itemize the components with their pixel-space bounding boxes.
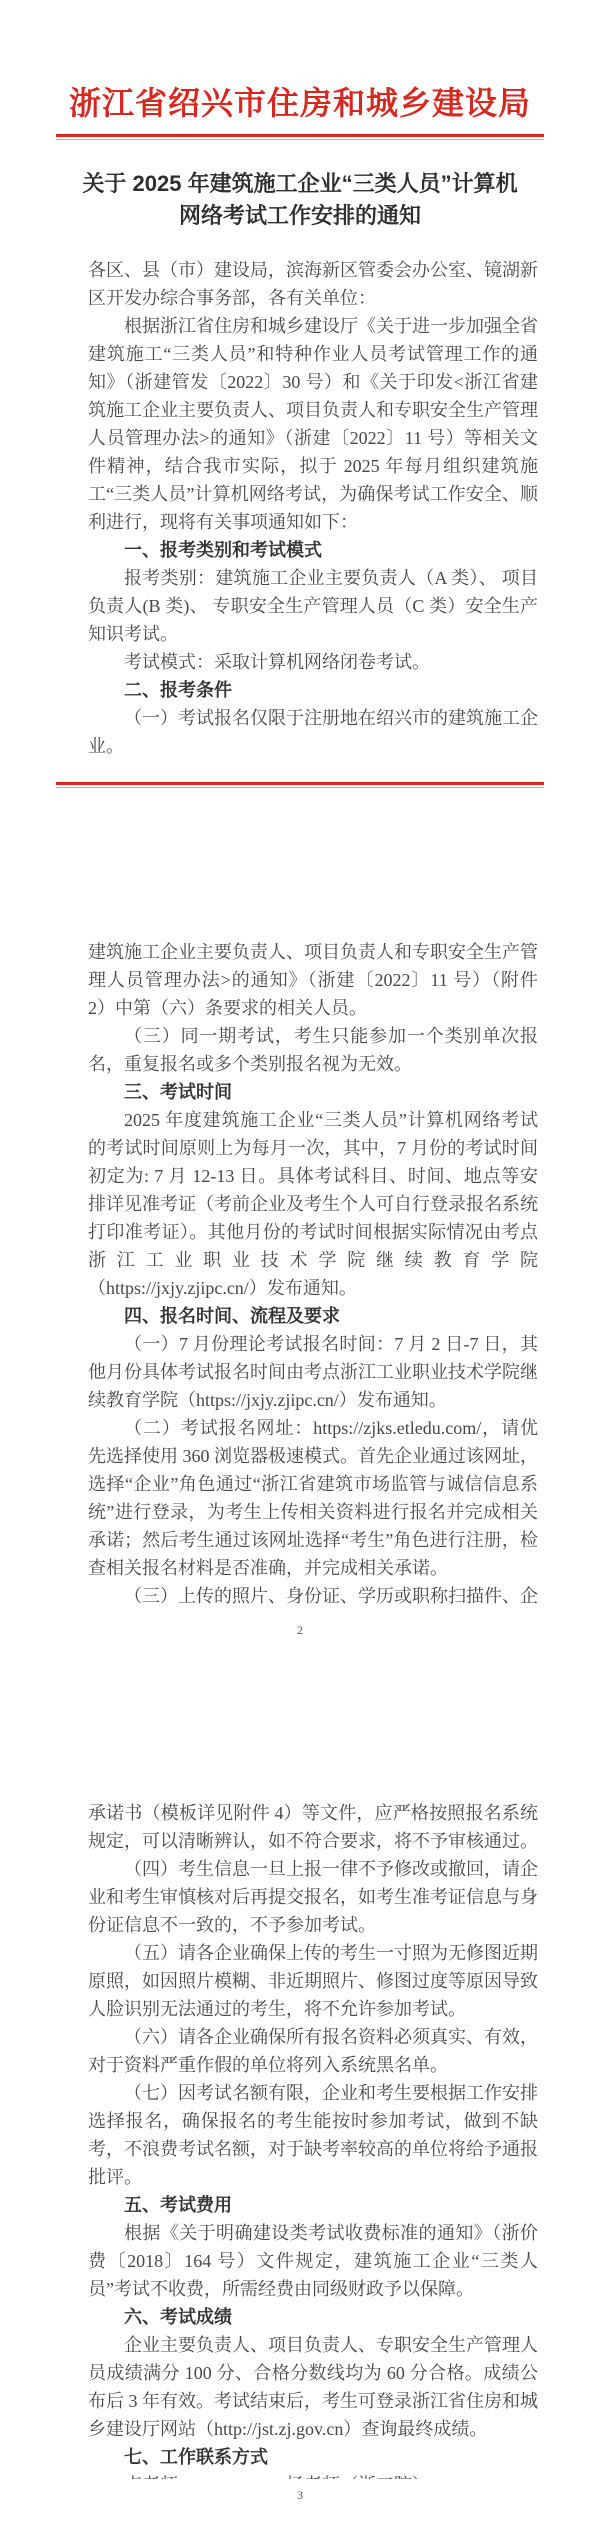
section-heading-6: 六、考试成绩 [88, 2303, 538, 2331]
letterhead: 浙江省绍兴市住房和城乡建设局 [0, 0, 600, 140]
paragraph: （一）考试报名仅限于注册地在绍兴市的建筑施工企业。 [88, 704, 538, 760]
section-heading-4: 四、报名时间、流程及要求 [88, 1302, 538, 1330]
paragraph: 考试模式：采取计算机网络闭卷考试。 [88, 648, 538, 676]
page3-body: 承诺书（模板详见附件 4）等文件，应严格按照报名系统规定，可以清晰辨认，如不符合… [88, 1799, 538, 2479]
document-title-line-2: 网络考试工作安排的通知 [179, 203, 421, 228]
paragraph-continuation: 承诺书（模板详见附件 4）等文件，应严格按照报名系统规定，可以清晰辨认，如不符合… [88, 1799, 538, 1855]
page-number: 2 [0, 1623, 600, 1639]
page-number: 3 [0, 2488, 600, 2504]
section-heading-7: 七、工作联系方式 [88, 2443, 538, 2471]
document-title-line-1: 关于 2025 年建筑施工企业“三类人员”计算机 [82, 171, 517, 196]
document-title: 关于 2025 年建筑施工企业“三类人员”计算机 网络考试工作安排的通知 [40, 168, 560, 232]
page-gap [0, 1639, 600, 1799]
letterhead-agency-name: 浙江省绍兴市住房和城乡建设局 [0, 78, 600, 124]
page2-body: 建筑施工企业主要负责人、项目负责人和专职安全生产管理人员管理办法>的通知》（浙建… [88, 938, 538, 1614]
section-heading-2: 二、报考条件 [88, 676, 538, 704]
section-heading-1: 一、报考类别和考试模式 [88, 536, 538, 564]
page1-body: 各区、县（市）建设局，滨海新区管委会办公室、镜湖新区开发办综合事务部，各有关单位… [88, 256, 538, 764]
paragraph: 报考类别：建筑施工企业主要负责人（A 类）、 项目负责人(B 类)、 专职安全生… [88, 564, 538, 648]
notice-document: 浙江省绍兴市住房和城乡建设局 关于 2025 年建筑施工企业“三类人员”计算机 … [0, 0, 600, 2546]
paragraph: 企业主要负责人、项目负责人、专职安全生产管理人员成绩满分 100 分、合格分数线… [88, 2331, 538, 2443]
paragraph: 2025 年度建筑施工企业“三类人员”计算机网络考试的考试时间原则上为每月一次，… [88, 1106, 538, 1302]
paragraph: （三）同一期考试，考生只能参加一个类别单次报名，重复报名或多个类别报名视为无效。 [88, 1022, 538, 1078]
paragraph: （二）符合浙江省住房和城乡建设厅《关于进一步加强全省建筑施工“三类人员”和特种作… [88, 760, 538, 764]
letterhead-divider-thick-line [56, 134, 544, 137]
paragraph: （一）7 月份理论考试报名时间：7 月 2 日-7 日，其他月份具体考试报名时间… [88, 1330, 538, 1414]
section-heading-5: 五、考试费用 [88, 2191, 538, 2219]
paragraph: （六）请各企业确保所有报名资料必须真实、有效，对于资料严重作假的单位将列入系统黑… [88, 2023, 538, 2079]
paragraph: 根据《关于明确建设类考试收费标准的通知》（浙价费〔2018〕164 号）文件规定… [88, 2219, 538, 2303]
section-heading-3: 三、考试时间 [88, 1078, 538, 1106]
paragraph: （五）请各企业确保上传的考生一寸照为无修图近期原照，如因照片模糊、非近期照片、修… [88, 1939, 538, 2023]
paragraph: （七）因考试名额有限，企业和考生要根据工作安排选择报名，确保报名的考生能按时参加… [88, 2079, 538, 2191]
letterhead-divider-thin-line [56, 139, 544, 140]
page-gap [0, 788, 600, 938]
page-break-thick-line [56, 782, 544, 785]
paragraph: （四）考生信息一旦上报一律不予修改或撤回，请企业和考生审慎核对后再提交报名，如考… [88, 1855, 538, 1939]
salutation: 各区、县（市）建设局，滨海新区管委会办公室、镜湖新区开发办综合事务部，各有关单位… [88, 256, 538, 312]
paragraph-contacts: 卢老师，85202020；杨老师（浙工院），88009459。 [88, 2471, 538, 2479]
paragraph-continuation: 建筑施工企业主要负责人、项目负责人和专职安全生产管理人员管理办法>的通知》（浙建… [88, 938, 538, 1022]
letterhead-divider [56, 134, 544, 140]
paragraph: （二）考试报名网址：https://zjks.etledu.com/，请优先选择… [88, 1414, 538, 1582]
paragraph: （三）上传的照片、身份证、学历或职称扫描件、企业安全教育培训证明（模板详见附件 … [88, 1582, 538, 1614]
paragraph: 根据浙江省住房和城乡建设厅《关于进一步加强全省建筑施工“三类人员”和特种作业人员… [88, 312, 538, 536]
